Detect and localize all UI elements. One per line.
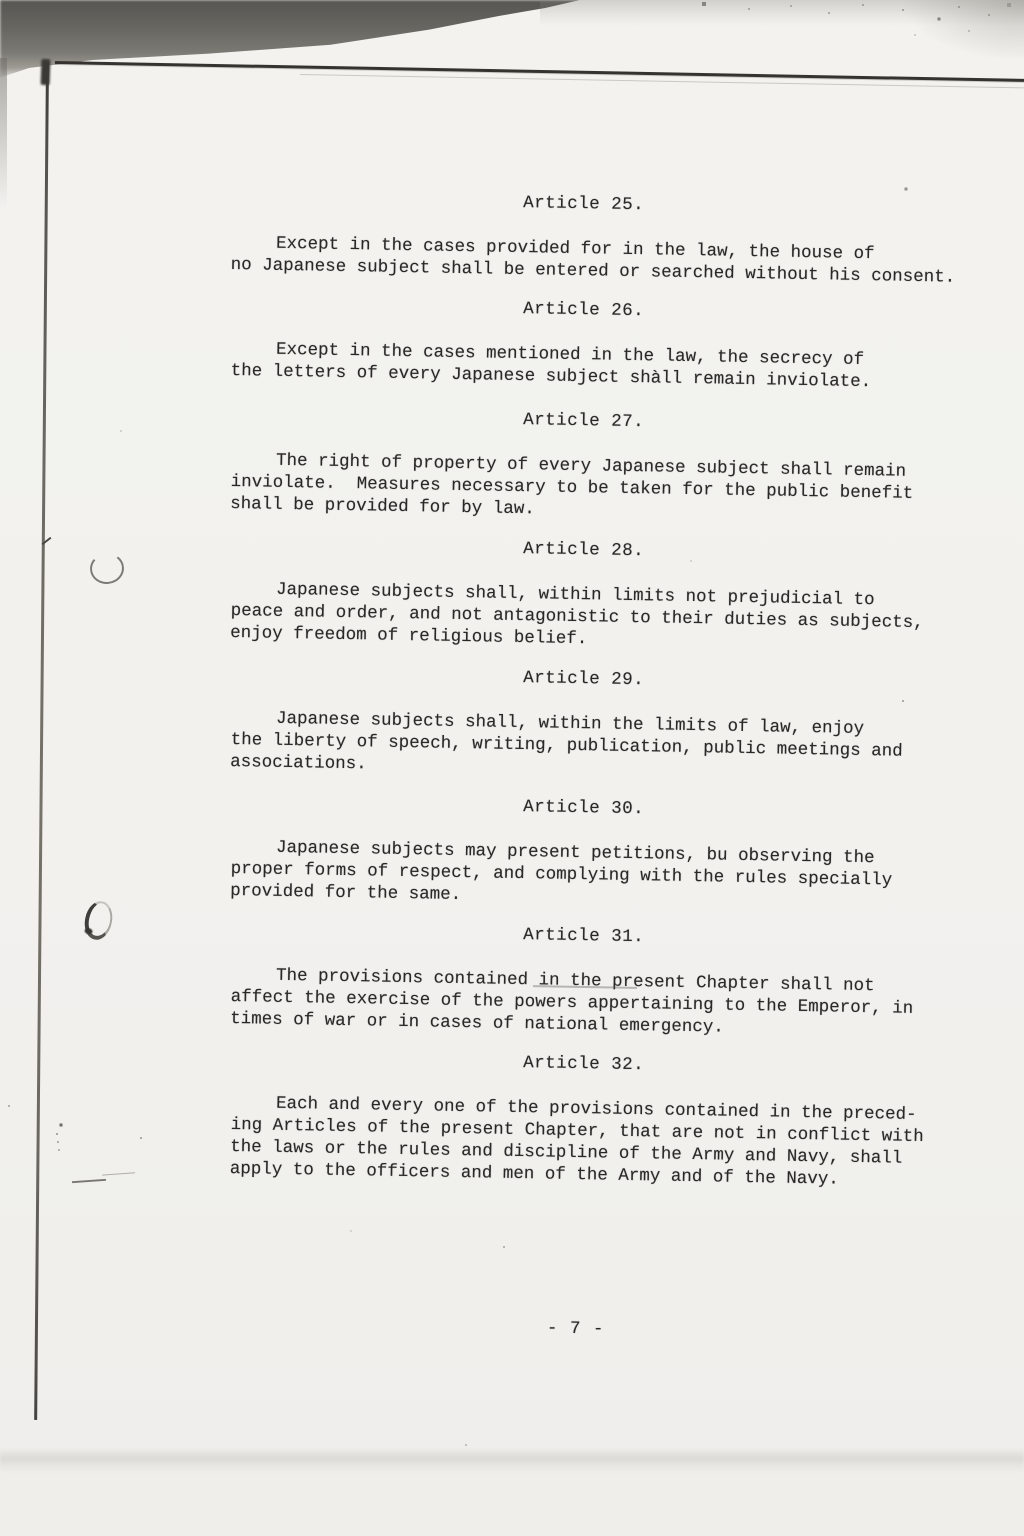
article-paragraph: Each and every one of the provisions con… <box>230 1092 935 1192</box>
article-section: Article 31. The provisions contained in … <box>230 919 936 1042</box>
article-paragraph: Japanese subjects shall, within limits n… <box>230 578 935 656</box>
article-section: Article 32. Each and every one of the pr… <box>230 1047 936 1192</box>
article-section: Article 26. Except in the cases mentione… <box>230 293 935 394</box>
article-section: Article 30. Japanese subjects may presen… <box>230 791 936 914</box>
article-paragraph: Japanese subjects shall, within the limi… <box>230 707 935 785</box>
article-heading: Article 28. <box>232 533 936 567</box>
article-section: Article 28. Japanese subjects shall, wit… <box>230 533 936 656</box>
stray-dot-marks <box>0 0 2 2</box>
article-heading: Article 31. <box>232 919 936 953</box>
article-paragraph: Japanese subjects may present petitions,… <box>230 836 935 914</box>
article-paragraph: The right of property of every Japanese … <box>230 449 935 527</box>
scanned-document-page: Article 25. Except in the cases provided… <box>0 0 1024 1536</box>
article-section: Article 27. The right of property of eve… <box>230 404 936 527</box>
article-heading: Article 25. <box>232 187 936 221</box>
article-section: Article 25. Except in the cases provided… <box>230 187 935 288</box>
article-heading: Article 26. <box>232 293 936 327</box>
article-paragraph: The provisions contained in the present … <box>230 964 935 1042</box>
article-heading: Article 27. <box>232 404 936 438</box>
article-heading: Article 32. <box>232 1047 936 1081</box>
document-body: Article 25. Except in the cases provided… <box>0 0 1024 1536</box>
article-heading: Article 30. <box>232 791 936 825</box>
article-paragraph: Except in the cases mentioned in the law… <box>230 338 935 394</box>
article-heading: Article 29. <box>232 662 936 696</box>
article-section: Article 29. Japanese subjects shall, wit… <box>230 662 936 785</box>
scan-bottom-band <box>0 1448 1024 1474</box>
article-paragraph: Except in the cases provided for in the … <box>230 232 935 288</box>
